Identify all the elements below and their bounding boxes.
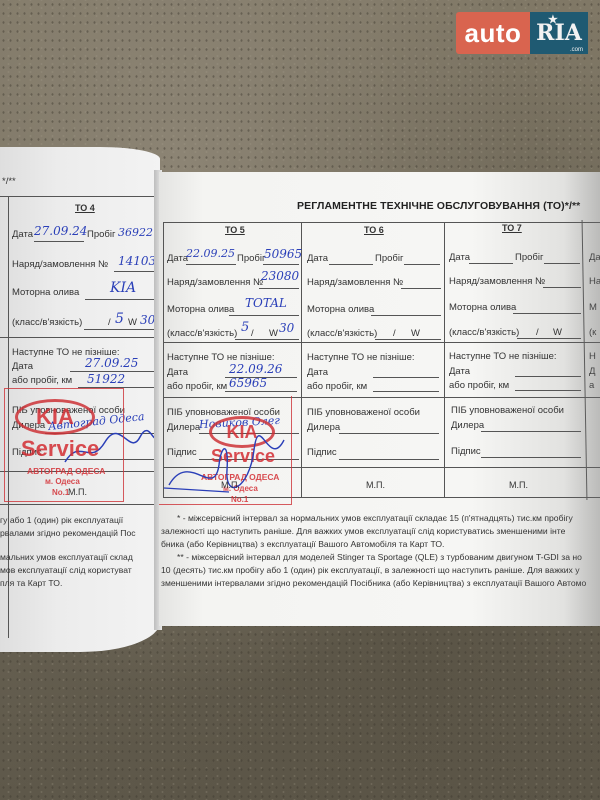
to6-person-label: ПІБ уповноваженої особи [307,407,420,418]
to4-grade-label: (класс/в'язкість) [12,317,82,328]
to5-next-date-label: Дата [167,367,188,378]
to5-header: ТО 5 [225,225,245,235]
column-divider [444,222,445,497]
stamp-line-3: No.1 [52,488,69,497]
underline [84,329,159,330]
to5-next-date-value: 22.09.26 [229,362,282,376]
to6-next-mileage-label: або пробіг, км [307,381,367,392]
kia-logo-icon: KIA [15,399,95,435]
to7-grade-label: (класс/в'язкість) [449,327,519,338]
autoria-watermark-logo: auto ★ RIA .com [456,12,588,54]
to7-date-label: Дата [449,252,470,263]
to7-mileage-label: Пробіг [515,252,543,263]
to6-stamp-place-label: М.П. [366,480,385,490]
to7-next-mileage-label: або пробіг, км [449,380,509,391]
left-footnote-1: гу або 1 (один) рік експлуатації [0,515,123,525]
to4-next-mileage-value: 51922 [87,372,125,386]
to5-oil-value: TOTAL [245,296,287,310]
to6-mileage-label: Пробіг [375,253,403,264]
underline [114,271,154,272]
underline [329,264,373,265]
footnote-2: залежності що наступить раніше. Для важк… [161,526,565,536]
to4-grade-slash: / [108,317,111,328]
to5-grade-w: W [269,328,278,339]
left-footnote-3: мальних умов експлуатації склад [0,552,133,562]
to5-order-value: 23080 [261,269,299,283]
underline [85,299,155,300]
table-top-border [0,196,160,197]
underline [371,315,441,316]
to7-stamp-place-label: М.П. [509,480,528,490]
to5-stamp-place-label: М.П. [221,480,240,490]
to6-next-date-label: Дата [307,367,328,378]
to7-dealer-label: Дилера [451,420,484,431]
to6-oil-label: Моторна олива [307,304,374,315]
to6-header: ТО 6 [364,225,384,235]
to4-grade-value-1: 5 [115,311,124,327]
to4-grade-w: W [128,317,137,328]
star-icon: ★ [548,13,558,26]
to5-mileage-label: Пробіг [237,253,265,264]
underline [469,263,513,264]
to5-mileage-value: 50965 [264,247,302,261]
left-footnote-4: мов експлуатації слід користуват [0,565,132,575]
to5-grade-label: (класс/в'язкість) [167,328,237,339]
to5-next-mileage-label: або пробіг, км [167,381,227,392]
service-book-left-page: */** ТО 4 Дата 27.09.24 Пробіг 36922 Нар… [0,147,160,652]
to5-grade-value-1: 5 [241,320,249,335]
to4-stamp-place-label: М.П. [68,487,87,497]
logo-auto-part: auto [456,12,530,54]
to4-next-date-label: Дата [12,361,33,372]
row-divider [163,342,600,343]
to4-oil-value: KIA [110,280,136,296]
to4-order-label: Наряд/замовлення № [12,259,108,270]
underline [235,339,299,340]
service-book-right-page: РЕГЛАМЕНТНЕ ТЕХНІЧНЕ ОБСЛУГОВУВАННЯ (ТО)… [159,172,600,626]
underline [259,288,299,289]
left-footnote-5: пля та Карт ТО. [0,578,62,588]
underline [225,391,297,392]
to4-date-value: 27.09.24 [34,224,87,238]
to4-next-date-value: 27.09.25 [85,356,138,370]
to5-oil-label: Моторна олива [167,304,234,315]
underline [373,377,439,378]
stamp-service-text: Service [21,436,99,462]
to4-mileage-label: Пробіг [87,229,115,240]
underline [373,391,439,392]
footnote-4: ** - міжсервісний інтервал для моделей S… [177,552,582,562]
logo-ria-text: RIA [536,20,582,46]
to6-dealer-label: Дилера [307,422,340,433]
left-footnote-2: рвалами згідно рекомендацій Пос [0,528,136,538]
underline [375,339,441,340]
to6-date-label: Дата [307,253,328,264]
footnote-6: зменшеними інтервалами згідно рекомендац… [161,578,586,588]
footnote-1: * - міжсервісний інтервал за нормальних … [177,513,573,523]
to4-oil-label: Моторна олива [12,287,79,298]
footnote-3: бника (або Керівництва) з експлуатації В… [161,539,444,549]
to7-grade-slash: / [536,327,539,338]
stamp-line-2: м. Одеса [45,477,80,486]
to4-grade-value-2: 30 [140,313,155,327]
to7-next-date-label: Дата [449,366,470,377]
to5-date-label: Дата [167,253,188,264]
to4-mileage-value: 36922 [118,226,153,239]
to7-order-label: Наряд/замовлення № [449,276,545,287]
underline [339,459,439,460]
to6-grade-slash: / [393,328,396,339]
logo-ria-part: ★ RIA .com [530,12,588,54]
underline [263,264,299,265]
footnote-5: 10 (десять) тис.км пробігу або 1 (один) … [161,565,580,575]
to5-next-mileage-value: 65965 [229,376,267,390]
to7-person-label: ПІБ уповноваженої особи [451,405,564,416]
to7-sign-label: Підпис [451,446,481,457]
underline [401,288,441,289]
to5-order-label: Наряд/замовлення № [167,277,263,288]
to6-grade-label: (класс/в'язкість) [307,328,377,339]
to5-grade-slash: / [251,328,254,339]
to6-grade-w: W [411,328,420,339]
to6-next-label: Наступне ТО не пізніше: [307,352,415,363]
logo-dotcom-text: .com [570,47,583,53]
to5-grade-value-2: 30 [279,321,294,335]
to4-date-label: Дата [12,229,33,240]
to7-next-label: Наступне ТО не пізніше: [449,351,557,362]
to4-header: ТО 4 [75,203,95,213]
to7-grade-w: W [553,327,562,338]
to4-order-value: 14103 [118,254,156,268]
underline [339,433,439,434]
to5-date-value: 22.09.25 [186,247,235,260]
page-title: РЕГЛАМЕНТНЕ ТЕХНІЧНЕ ОБСЛУГОВУВАННЯ (ТО)… [297,200,580,212]
to4-next-mileage-label: або пробіг, км [12,375,72,386]
underline [229,315,299,316]
underline [186,264,236,265]
to4-dealer-stamp: KIA Service АВТОГРАД ОДЕСА м. Одеса No.1 [4,388,124,502]
underline [404,264,440,265]
stamp-line-1: АВТОГРАД ОДЕСА [27,466,105,476]
underline [34,241,84,242]
to7-oil-label: Моторна олива [449,302,516,313]
to6-sign-label: Підпис [307,447,337,458]
table-top-border [163,222,600,223]
left-title-fragment: */** [2,176,16,187]
row-divider [0,337,160,338]
table-bottom-border [0,504,160,505]
to6-order-label: Наряд/замовлення № [307,277,403,288]
column-divider [301,222,302,497]
to7-header: ТО 7 [502,223,522,233]
page-edge-shadow [564,172,600,626]
